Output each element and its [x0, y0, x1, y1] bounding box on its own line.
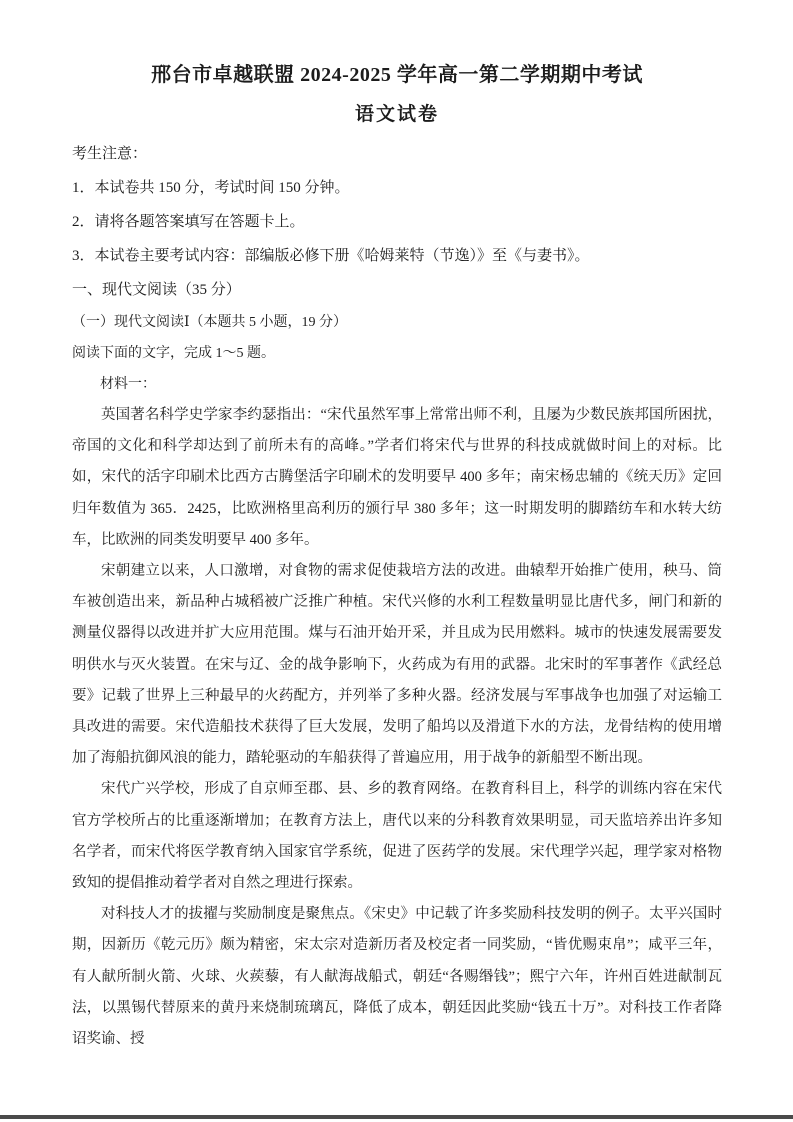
page-title: 邢台市卓越联盟 2024-2025 学年高一第二学期期中考试 — [72, 62, 722, 88]
material-paragraph: 宋代广兴学校，形成了自京师至郡、县、乡的教育网络。在教育科目上，科学的训练内容在… — [72, 774, 722, 899]
candidate-notice: 考生注意： 1．本试卷共 150 分，考试时间 150 分钟。 2．请将各题答案… — [72, 138, 722, 273]
notice-item-1: 1．本试卷共 150 分，考试时间 150 分钟。 — [72, 171, 722, 205]
material-paragraph: 对科技人才的拔擢与奖励制度是聚焦点。《宋史》中记载了许多奖励科技发明的例子。太平… — [72, 899, 722, 1055]
material-one-label: 材料一： — [72, 369, 722, 400]
page-bottom-rule — [0, 1115, 793, 1119]
page-subtitle: 语文试卷 — [72, 102, 722, 128]
notice-item-3: 3．本试卷主要考试内容：部编版必修下册《哈姆莱特（节逸）》至《与妻书》。 — [72, 239, 722, 273]
reading-instruction: 阅读下面的文字，完成 1～5 题。 — [72, 338, 722, 369]
notice-item-2: 2．请将各题答案填写在答题卡上。 — [72, 205, 722, 239]
exam-paper-page: 邢台市卓越联盟 2024-2025 学年高一第二学期期中考试 语文试卷 考生注意… — [0, 0, 793, 1122]
subsection-heading: （一）现代文阅读Ⅰ（本题共 5 小题，19 分） — [72, 307, 722, 338]
material-paragraph: 宋朝建立以来，人口激增，对食物的需求促使栽培方法的改进。曲辕犁开始推广使用，秧马… — [72, 556, 722, 774]
notice-label: 考生注意： — [72, 138, 722, 171]
section-heading: 一、现代文阅读（35 分） — [72, 273, 722, 307]
section-modern-reading: 一、现代文阅读（35 分） （一）现代文阅读Ⅰ（本题共 5 小题，19 分） 阅… — [72, 273, 722, 1055]
material-paragraph: 英国著名科学史学家李约瑟指出：“宋代虽然军事上常常出师不利，且屡为少数民族邦国所… — [72, 400, 722, 556]
material-one-body: 英国著名科学史学家李约瑟指出：“宋代虽然军事上常常出师不利，且屡为少数民族邦国所… — [72, 400, 722, 1055]
